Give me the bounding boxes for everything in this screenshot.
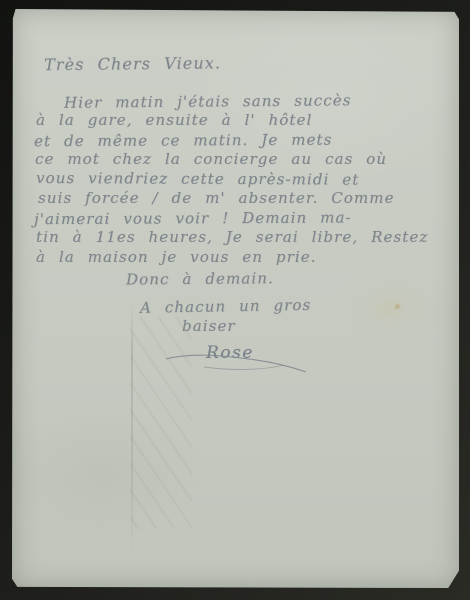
letter-text: Très Chers Vieux. Hier matin j'étais san… bbox=[34, 53, 458, 377]
letter-line: à la gare, ensuite à l' hôtel bbox=[36, 111, 458, 131]
letter-closing: A chacun un gros bbox=[140, 293, 458, 318]
letter-paper: Très Chers Vieux. Hier matin j'étais san… bbox=[12, 9, 459, 588]
letter-line: tin à 11es heures, Je serai libre, Reste… bbox=[36, 228, 458, 248]
signature-block: Rose bbox=[164, 341, 458, 377]
signature-name: Rose bbox=[206, 343, 254, 363]
letter-closing: baiser bbox=[182, 317, 458, 337]
letter-line: et de même ce matin. Je mets bbox=[34, 129, 458, 151]
letter-line: vous viendriez cette après-midi et bbox=[36, 168, 458, 190]
letter-salutation: Très Chers Vieux. bbox=[44, 51, 458, 75]
letter-line: j'aimerai vous voir ! Demain ma- bbox=[34, 207, 458, 229]
letter-line: à la maison je vous en prie. bbox=[36, 248, 458, 268]
letter-farewell: Donc à demain. bbox=[126, 268, 458, 290]
letter-line: suis forcée / de m' absenter. Comme bbox=[38, 189, 458, 209]
letter-line: Hier matin j'étais sans succès bbox=[64, 90, 458, 113]
letter-line: ce mot chez la concierge au cas où bbox=[35, 150, 458, 170]
